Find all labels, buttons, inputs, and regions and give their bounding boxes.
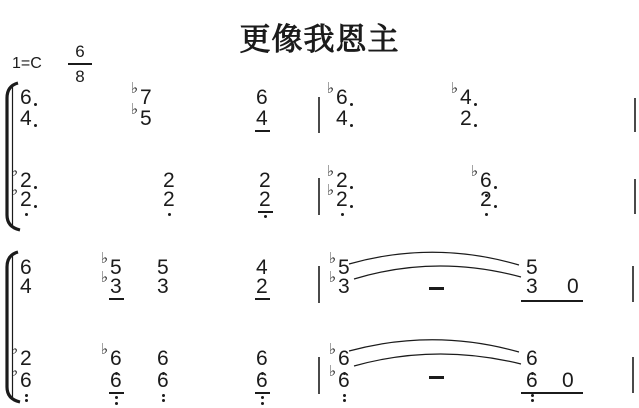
octave-dot (25, 394, 28, 397)
dash-rest (429, 376, 444, 379)
barline (318, 266, 320, 303)
staff-bracket (7, 83, 20, 230)
note-digit: 5 (140, 109, 152, 129)
note-digit: 4 (336, 109, 348, 129)
octave-dot (162, 399, 165, 402)
note-digit: 3 (157, 277, 169, 297)
beam-underline (521, 300, 583, 302)
note-digit: 6 (256, 349, 268, 369)
flat-icon: ♭ (11, 365, 18, 379)
augmentation-dot (350, 124, 354, 128)
note-digit: 6 (256, 371, 268, 391)
key-signature: 1=C (12, 55, 42, 73)
augmentation-dot (34, 205, 38, 209)
barline (318, 97, 320, 133)
flat-icon: ♭ (329, 343, 336, 357)
barline (318, 357, 320, 394)
augmentation-dot (34, 103, 38, 107)
note-digit: 6 (526, 371, 538, 391)
note-digit: 4 (20, 109, 32, 129)
note-digit: 2 (20, 190, 32, 210)
flat-icon: ♭ (327, 82, 334, 96)
augmentation-dot (474, 103, 478, 107)
note-digit: 3 (110, 277, 122, 297)
note-digit: 2 (256, 277, 268, 297)
note-digit: 6 (157, 349, 169, 369)
barline (318, 178, 320, 215)
note-digit: 6 (336, 88, 348, 108)
flat-icon: ♭ (101, 271, 108, 285)
flat-icon: ♭ (101, 252, 108, 266)
eighth-underline (255, 130, 270, 132)
octave-dot (25, 399, 28, 402)
time-signature-denominator: 8 (68, 67, 92, 85)
flat-icon: ♭ (329, 252, 336, 266)
sheet-music-page: 更像我恩主 1=C 6 8 647♭5♭646♭44♭22♭2♭22222♭2♭… (0, 0, 639, 408)
barline (634, 179, 636, 214)
flat-icon: ♭ (471, 165, 478, 179)
note-digit: 2 (163, 190, 175, 210)
barline (634, 98, 636, 132)
augmentation-dot (350, 186, 354, 190)
eighth-underline (109, 298, 124, 300)
note-digit: 6 (256, 88, 268, 108)
note-digit: 2 (480, 190, 492, 210)
note-digit: 4 (460, 88, 472, 108)
flat-icon: ♭ (327, 184, 334, 198)
augmentation-dot (494, 205, 498, 209)
augmentation-dot (34, 124, 38, 128)
augmentation-dot (34, 186, 38, 190)
augmentation-dot (474, 124, 478, 128)
tie-curve (354, 354, 521, 366)
flat-icon: ♭ (451, 82, 458, 96)
tie-curve (349, 340, 519, 352)
note-digit: 2 (259, 190, 271, 210)
note-digit: 2 (336, 190, 348, 210)
note-digit: 3 (526, 277, 538, 297)
rest-digit: 0 (567, 277, 579, 297)
augmentation-dot (350, 103, 354, 107)
octave-dot (264, 215, 267, 218)
flat-icon: ♭ (131, 82, 138, 96)
barline (632, 357, 634, 393)
octave-dot (261, 402, 264, 405)
flat-icon: ♭ (131, 103, 138, 117)
note-digit: 6 (110, 349, 122, 369)
octave-dot (25, 213, 28, 216)
note-digit: 3 (338, 277, 350, 297)
octave-dot (261, 396, 264, 399)
flat-icon: ♭ (101, 343, 108, 357)
note-digit: 6 (526, 349, 538, 369)
octave-dot (343, 394, 346, 397)
time-signature-fraction-bar (68, 63, 92, 65)
tie-curve (354, 266, 521, 279)
note-digit: 6 (20, 371, 32, 391)
note-digit: 6 (20, 88, 32, 108)
note-digit: 2 (460, 109, 472, 129)
flat-icon: ♭ (329, 271, 336, 285)
note-digit: 6 (338, 349, 350, 369)
eighth-underline (255, 392, 270, 394)
rest-digit: 0 (562, 371, 574, 391)
note-digit: 2 (20, 349, 32, 369)
octave-dot (343, 399, 346, 402)
flat-icon: ♭ (327, 165, 334, 179)
octave-dot (531, 394, 534, 397)
eighth-underline (255, 298, 270, 300)
note-digit: 4 (256, 109, 268, 129)
note-digit: 6 (110, 371, 122, 391)
note-digit: 6 (157, 371, 169, 391)
time-signature-numerator: 6 (68, 43, 92, 63)
octave-dot (115, 402, 118, 405)
flat-icon: ♭ (329, 365, 336, 379)
octave-dot (115, 396, 118, 399)
augmentation-dot (350, 205, 354, 209)
dash-rest (429, 287, 444, 290)
octave-dot (168, 213, 171, 216)
note-digit: 7 (140, 88, 152, 108)
tie-curve (349, 252, 519, 265)
octave-dot (162, 394, 165, 397)
time-signature: 6 8 (68, 43, 92, 85)
barline (632, 266, 634, 302)
eighth-underline (109, 392, 124, 394)
flat-icon: ♭ (11, 343, 18, 357)
octave-dot (485, 213, 488, 216)
octave-dot (531, 399, 534, 402)
eighth-underline (258, 211, 273, 213)
song-title: 更像我恩主 (0, 14, 639, 59)
note-digit: 6 (338, 371, 350, 391)
beam-underline (521, 392, 583, 394)
octave-dot (341, 213, 344, 216)
note-digit: 4 (20, 277, 32, 297)
flat-icon: ♭ (11, 184, 18, 198)
augmentation-dot (494, 186, 498, 190)
flat-icon: ♭ (11, 165, 18, 179)
